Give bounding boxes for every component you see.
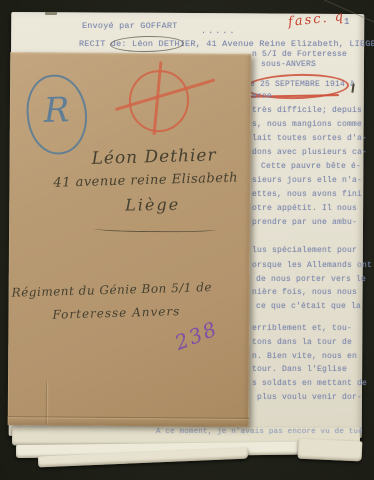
typed-line: n. Bien vite, nous en	[252, 352, 357, 361]
address-name: Léon Dethier	[91, 145, 217, 168]
typed-line: prendre par une ambu-	[252, 218, 357, 227]
typed-line: sieurs jours elle n'a-	[252, 176, 362, 185]
recit-suffix: , 41 Avenue Reine Elizabeth, LIEGE	[196, 39, 374, 49]
typed-line: s soldats en mettant de	[252, 379, 367, 388]
margin-pen-mark	[351, 84, 359, 94]
unit-note-line1: Régiment du Génie Bon 5/1 de	[11, 280, 212, 300]
envelope-crease	[46, 382, 47, 424]
typed-line: ettes, nous avons fini	[252, 190, 362, 199]
typed-line: orsque les Allemands ont	[252, 261, 372, 270]
typed-line: plus voulu venir dor-	[257, 393, 362, 402]
registered-mark-circle: R	[23, 72, 91, 157]
typed-line: dons avec plusieurs ca-	[252, 148, 367, 157]
typed-line: ce que c'était que la	[256, 302, 361, 311]
typed-line: très difficile; depuis	[252, 106, 362, 115]
kraft-envelope: R Léon Dethier 41 avenue reine Elisabeth…	[8, 52, 252, 427]
archive-number: 238	[171, 316, 221, 355]
typed-line: erriblement et, tou-	[252, 324, 352, 333]
typed-sent-by: Envoyé par GOFFART	[82, 21, 177, 31]
typed-line: tons dans la tour de	[252, 338, 352, 347]
typed-bottom-line: A ce moment, je n'avais pas encore vu de…	[156, 428, 363, 436]
address-street: 41 avenue reine Elisabeth	[53, 171, 238, 191]
typed-line: Cette pauvre bête é-	[261, 162, 361, 171]
typed-line: de nous porter vers le	[256, 275, 366, 284]
archive-scan: Envoyé par GOFFART ..... fasc. q 1 RECIT…	[0, 0, 374, 480]
envelope-crease	[8, 416, 249, 419]
typed-line: tour. Dans l'Eglise	[252, 365, 347, 374]
typed-line: otre appétit. Il nous	[252, 204, 357, 213]
address-flourish-line	[94, 226, 216, 233]
unit-note-line2: Forteresse Anvers	[52, 304, 180, 322]
typed-line: nière fois, nous nous	[252, 288, 357, 297]
typed-line: lus spécialement pour	[252, 246, 357, 255]
address-city: Liège	[125, 195, 180, 215]
typed-dots: .....	[201, 26, 237, 36]
typed-unit-line2: sous-ANVERS	[261, 60, 316, 69]
typed-line: erne.	[252, 92, 277, 101]
typed-line: lait toutes sortes d'a-	[252, 134, 367, 143]
typed-line: s, nous mangions comme	[252, 120, 362, 129]
page-number: 1	[344, 17, 350, 27]
registered-mark-letter: R	[43, 90, 70, 131]
paper-stack-edge	[298, 439, 363, 462]
typed-unit-line: n 5/I de Forteresse	[252, 50, 347, 59]
staple-mark	[45, 12, 57, 15]
